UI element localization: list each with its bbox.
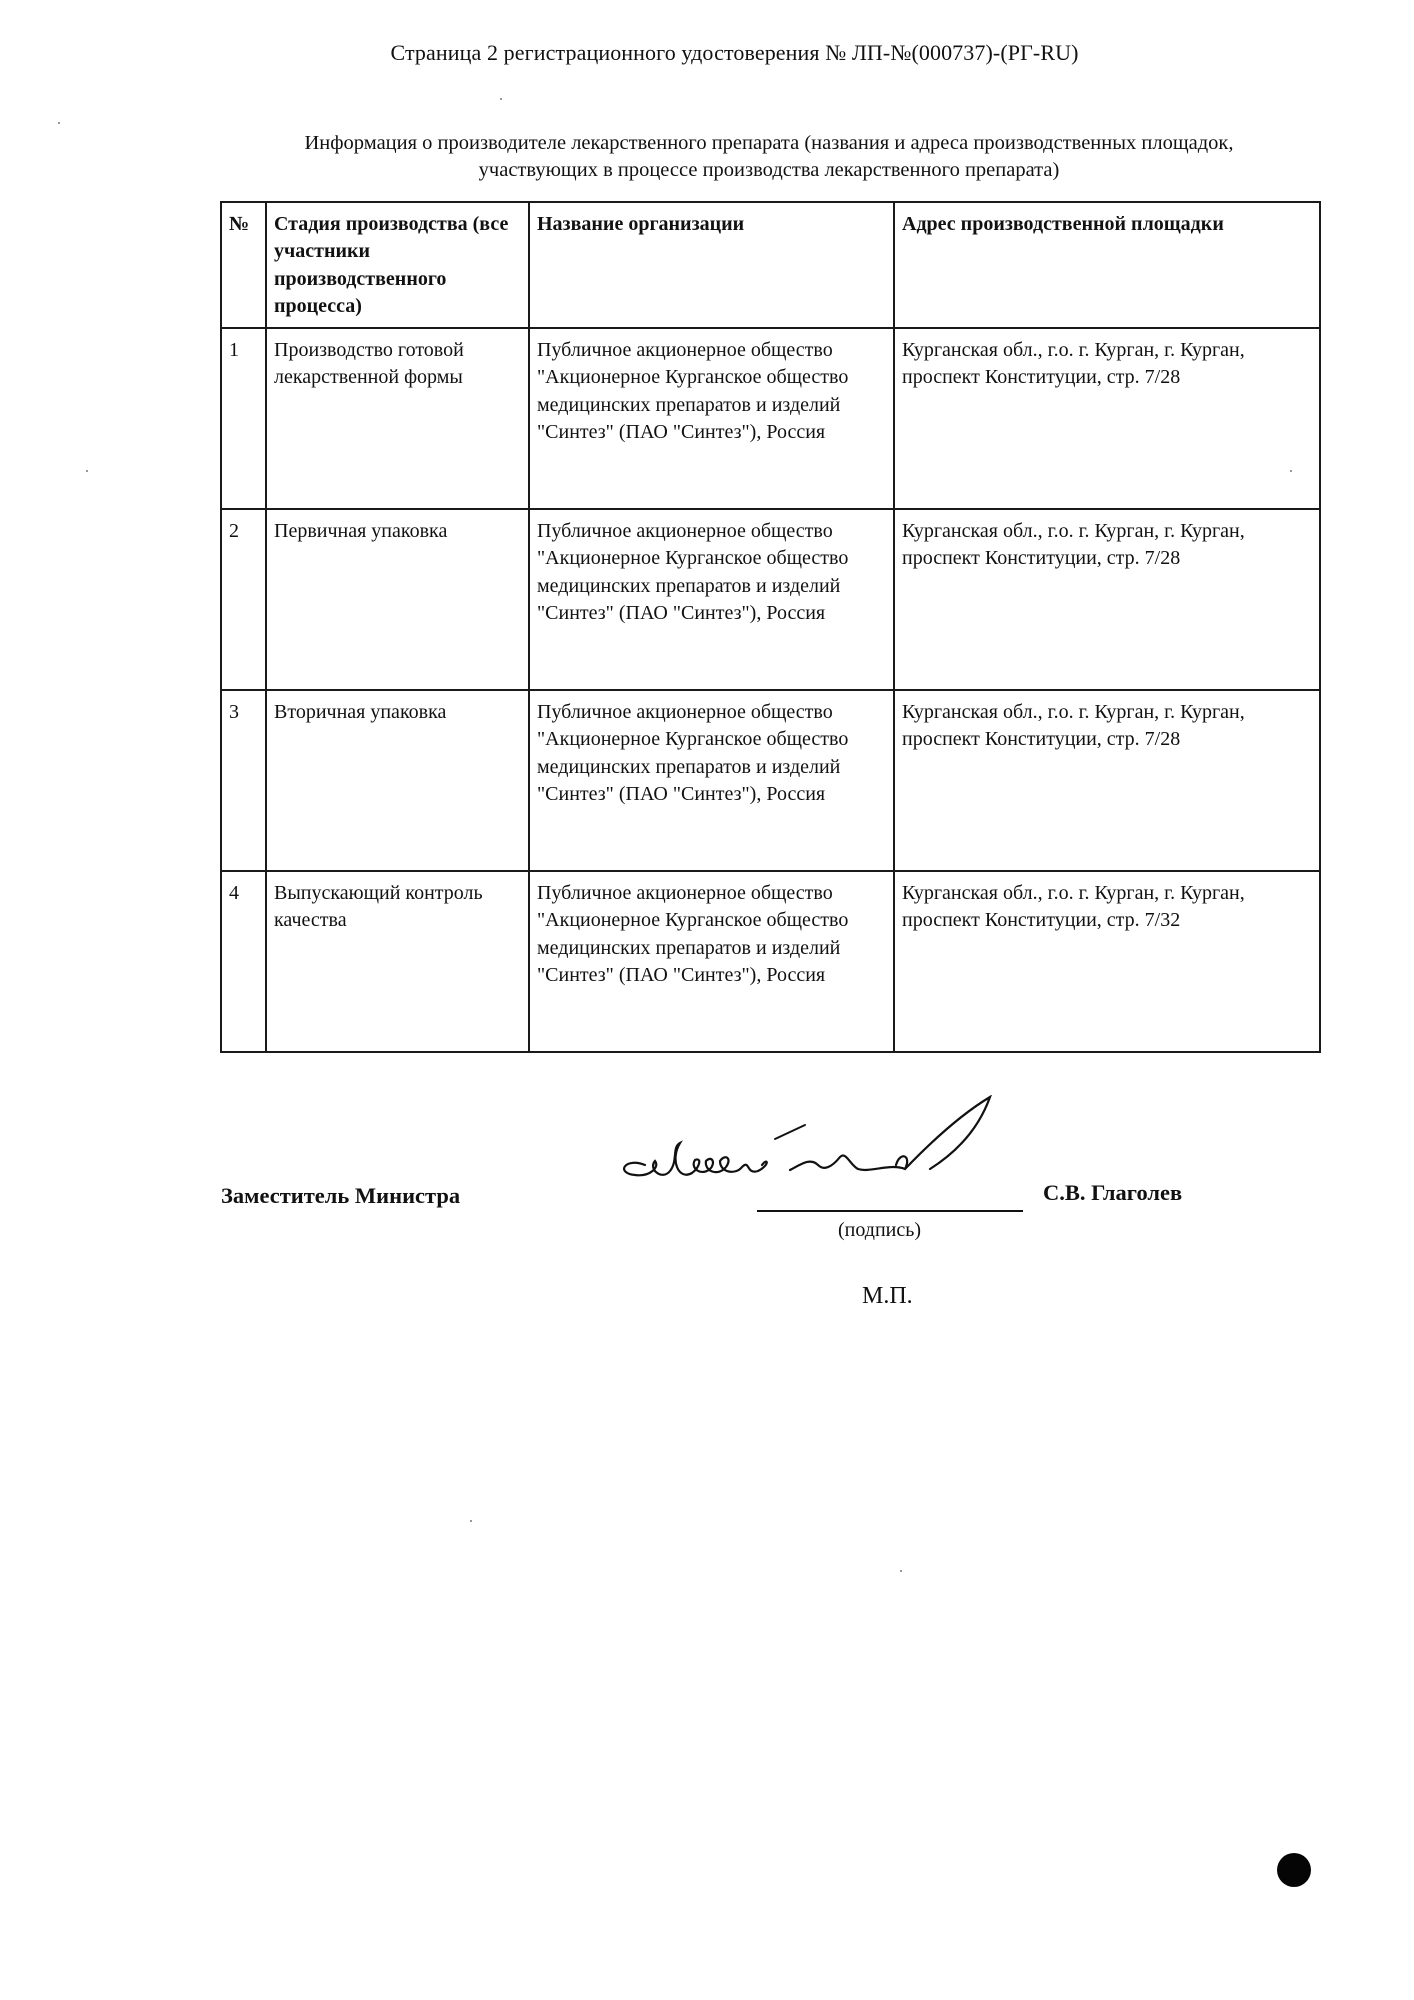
cell-number: 3 xyxy=(221,690,266,871)
cell-address: Курганская обл., г.о. г. Курган, г. Кург… xyxy=(894,328,1320,509)
cell-address: Курганская обл., г.о. г. Курган, г. Кург… xyxy=(894,871,1320,1052)
cell-organization: Публичное акционерное общество "Акционер… xyxy=(529,328,894,509)
handwritten-signature xyxy=(600,1095,1040,1205)
scan-speck xyxy=(900,1570,902,1572)
column-header-address: Адрес производственной площадки xyxy=(894,202,1320,328)
cell-number: 2 xyxy=(221,509,266,690)
table-row: 3 Вторичная упаковка Публичное акционерн… xyxy=(221,690,1320,871)
cell-address: Курганская обл., г.о. г. Курган, г. Кург… xyxy=(894,690,1320,871)
cell-stage: Производство готовой лекарственной формы xyxy=(266,328,529,509)
page-header: Страница 2 регистрационного удостоверени… xyxy=(0,40,1414,66)
column-header-number: № xyxy=(221,202,266,328)
table-header-row: № Стадия производства (все участники про… xyxy=(221,202,1320,328)
signatory-title: Заместитель Министра xyxy=(221,1183,460,1209)
cell-organization: Публичное акционерное общество "Акционер… xyxy=(529,871,894,1052)
stamp-label: М.П. xyxy=(862,1283,913,1310)
scan-speck xyxy=(86,470,88,472)
scan-speck xyxy=(1290,470,1292,472)
cell-stage: Первичная упаковка xyxy=(266,509,529,690)
scan-speck xyxy=(58,122,60,124)
scan-speck xyxy=(470,1520,472,1522)
intro-line-1: Информация о производителе лекарственног… xyxy=(220,130,1318,157)
cell-number: 4 xyxy=(221,871,266,1052)
signatory-name: С.В. Глаголев xyxy=(1043,1180,1182,1206)
cell-stage: Выпускающий контроль качества xyxy=(266,871,529,1052)
manufacturer-table: № Стадия производства (все участники про… xyxy=(220,201,1321,1053)
cell-address: Курганская обл., г.о. г. Курган, г. Кург… xyxy=(894,509,1320,690)
black-dot-mark xyxy=(1277,1853,1311,1887)
column-header-organization: Название организации xyxy=(529,202,894,328)
intro-text: Информация о производителе лекарственног… xyxy=(220,130,1318,184)
table-row: 1 Производство готовой лекарственной фор… xyxy=(221,328,1320,509)
table-row: 4 Выпускающий контроль качества Публично… xyxy=(221,871,1320,1052)
scan-speck xyxy=(500,98,502,100)
table-row: 2 Первичная упаковка Публичное акционерн… xyxy=(221,509,1320,690)
cell-number: 1 xyxy=(221,328,266,509)
page-header-text: Страница 2 регистрационного удостоверени… xyxy=(390,40,1078,65)
column-header-stage: Стадия производства (все участники произ… xyxy=(266,202,529,328)
intro-line-2: участвующих в процессе производства лека… xyxy=(220,157,1318,184)
cell-organization: Публичное акционерное общество "Акционер… xyxy=(529,690,894,871)
cell-stage: Вторичная упаковка xyxy=(266,690,529,871)
signature-caption: (подпись) xyxy=(838,1219,921,1242)
cell-organization: Публичное акционерное общество "Акционер… xyxy=(529,509,894,690)
signature-line xyxy=(757,1210,1023,1212)
